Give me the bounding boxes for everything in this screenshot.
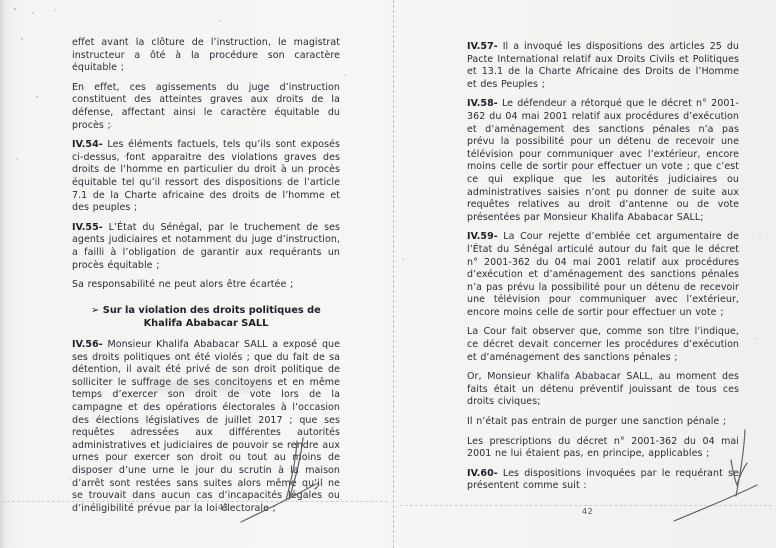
paragraph: Il n’était pas entrain de purger une san… bbox=[467, 416, 739, 429]
paragraph: Sa responsabilité ne peut alors être éca… bbox=[72, 279, 340, 292]
paragraph-text: Il a invoqué les dispositions des articl… bbox=[467, 41, 739, 90]
paragraph-number: IV.57- bbox=[467, 41, 498, 52]
paragraph-number: IV.54- bbox=[72, 139, 103, 150]
scan-smudge bbox=[148, 381, 268, 392]
section-heading-line1: ➢ Sur la violation des droits politiques… bbox=[72, 304, 340, 317]
scanned-document: effet avant la clôture de l’instruction,… bbox=[0, 0, 776, 548]
paragraph-number: IV.60- bbox=[467, 468, 498, 479]
paragraph-text: Le défendeur a rétorqué que le décret n°… bbox=[467, 98, 739, 222]
paragraph-text: La Cour rejette d’emblée cet argumentair… bbox=[467, 231, 739, 318]
paragraph-text: Les éléments factuels, tels qu’ils sont … bbox=[72, 139, 340, 213]
paragraph-number: IV.59- bbox=[467, 231, 498, 242]
paragraph-iv60: IV.60- Les dispositions invoquées par le… bbox=[467, 468, 739, 493]
page-bottom-scan-edge bbox=[400, 505, 772, 506]
paragraph-text: Les prescriptions du décret n° 2001-362 … bbox=[467, 436, 739, 460]
paragraph-text: En effet, ces agissements du juge d’inst… bbox=[72, 82, 340, 131]
page-number: 41 bbox=[218, 503, 229, 512]
paragraph-iv56: IV.56- Monsieur Khalifa Ababacar SALL a … bbox=[72, 339, 340, 515]
page-41-text-column: effet avant la clôture de l’instruction,… bbox=[72, 37, 340, 522]
page-41: effet avant la clôture de l’instruction,… bbox=[0, 0, 393, 548]
paragraph-text: Les dispositions invoquées par le requér… bbox=[467, 468, 739, 492]
paragraph-iv55: IV.55- L’État du Sénégal, par le truchem… bbox=[72, 222, 340, 272]
page-42: IV.57- Il a invoqué les dispositions des… bbox=[393, 0, 776, 548]
paragraph-number: IV.58- bbox=[467, 98, 498, 109]
paragraph-text: La Cour fait observer que, comme son tit… bbox=[467, 326, 739, 362]
paragraph-text: Sa responsabilité ne peut alors être éca… bbox=[72, 279, 293, 290]
paragraph-text: effet avant la clôture de l’instruction,… bbox=[72, 37, 340, 73]
paragraph-iv59: IV.59- La Cour rejette d’emblée cet argu… bbox=[467, 231, 739, 319]
page-number: 42 bbox=[582, 507, 593, 516]
paragraph: Les prescriptions du décret n° 2001-362 … bbox=[467, 436, 739, 461]
page-bottom-scan-edge bbox=[2, 501, 388, 502]
paragraph-text: Monsieur Khalifa Ababacar SALL a exposé … bbox=[72, 339, 340, 514]
page-42-text-column: IV.57- Il a invoqué les dispositions des… bbox=[467, 41, 739, 500]
paragraph: effet avant la clôture de l’instruction,… bbox=[72, 37, 340, 75]
paragraph-text: Il n’était pas entrain de purger une san… bbox=[467, 416, 726, 427]
paragraph-iv54: IV.54- Les éléments factuels, tels qu’il… bbox=[72, 139, 340, 215]
paragraph-number: IV.55- bbox=[72, 222, 103, 233]
paragraph-text: L’État du Sénégal, par le truchement de … bbox=[72, 222, 340, 271]
paragraph-iv57: IV.57- Il a invoqué les dispositions des… bbox=[467, 41, 739, 91]
paragraph-text: Or, Monsieur Khalifa Ababacar SALL, au m… bbox=[467, 371, 739, 407]
paragraph-iv58: IV.58- Le défendeur a rétorqué que le dé… bbox=[467, 98, 739, 224]
paragraph: La Cour fait observer que, comme son tit… bbox=[467, 326, 739, 364]
paragraph: En effet, ces agissements du juge d’inst… bbox=[72, 82, 340, 132]
paragraph: Or, Monsieur Khalifa Ababacar SALL, au m… bbox=[467, 371, 739, 409]
paragraph-number: IV.56- bbox=[72, 339, 103, 350]
section-heading-line2: Khalifa Ababacar SALL bbox=[72, 317, 340, 330]
section-heading: ➢ Sur la violation des droits politiques… bbox=[72, 304, 340, 330]
